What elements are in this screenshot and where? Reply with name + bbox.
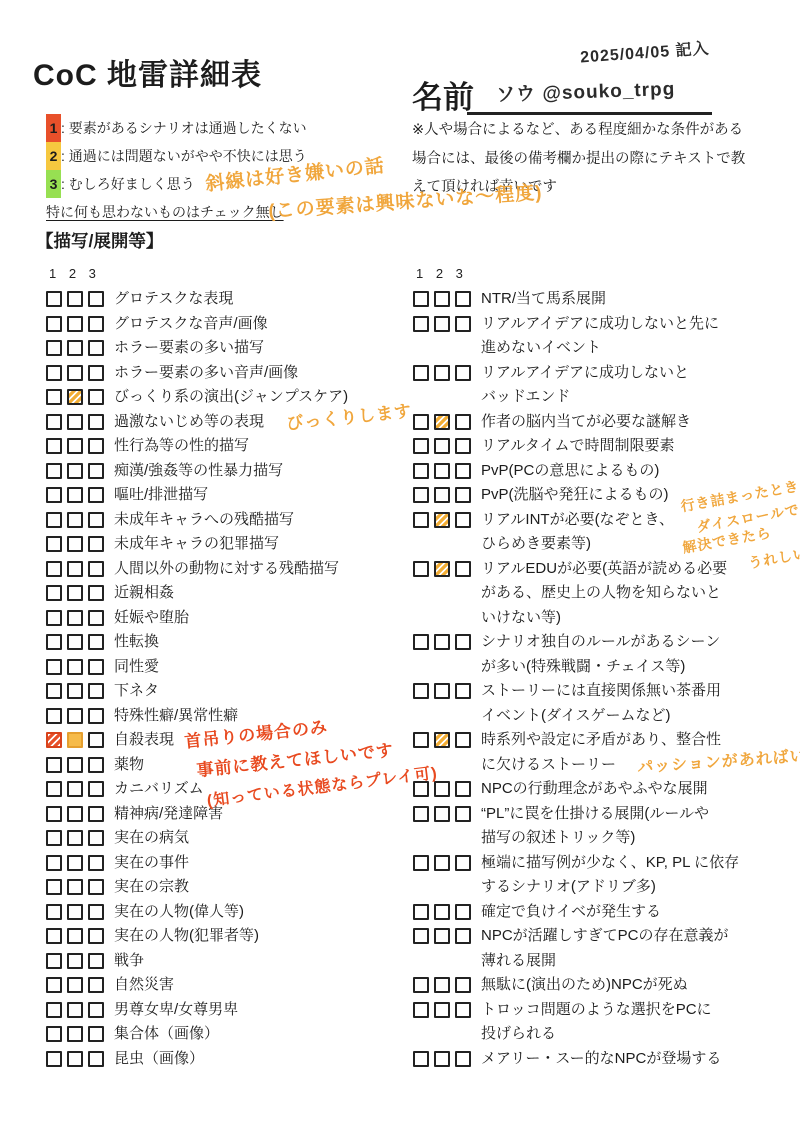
checklist-label: 妊娠や堕胎 (114, 606, 189, 631)
checkbox-1[interactable] (46, 561, 62, 577)
checkbox-1[interactable] (46, 953, 62, 969)
checkbox-3[interactable] (88, 953, 104, 969)
checkbox-group (46, 806, 104, 822)
checklist-row: 近親相姦 (46, 581, 421, 606)
checklist-row: 人間以外の動物に対する残酷描写 (46, 557, 421, 582)
checkbox-2[interactable] (67, 1002, 83, 1018)
checklist-label: 無駄に(演出のため)NPCが死ぬ (481, 973, 688, 998)
checkbox-group (413, 291, 471, 307)
checkbox-3[interactable] (455, 855, 471, 871)
checkbox-3[interactable] (88, 340, 104, 356)
checkbox-group (46, 659, 104, 675)
checkbox-3[interactable] (88, 806, 104, 822)
checkbox-2-checked[interactable] (434, 512, 450, 528)
checkbox-group (46, 414, 104, 430)
checkbox-2[interactable] (67, 683, 83, 699)
checklist-row: ストーリーには直接関係無い茶番用 イベント(ダイスゲームなど) (413, 679, 788, 728)
legend-item-1: 1: 要素があるシナリオは通過したくない (46, 114, 307, 142)
checklist-row: グロテスクな表現 (46, 287, 421, 312)
checkbox-group (46, 634, 104, 650)
checkbox-3[interactable] (88, 830, 104, 846)
checkbox-2[interactable] (67, 928, 83, 944)
checklist-label: リアルアイデアに成功しないと先に 進めないイベント (481, 312, 719, 361)
legend-badge-2: 2 (46, 142, 61, 170)
checklist-row: 未成年キャラへの残酷描写 (46, 508, 421, 533)
checkbox-2[interactable] (434, 806, 450, 822)
checkbox-2[interactable] (67, 806, 83, 822)
checkbox-group (46, 291, 104, 307)
checkbox-group (46, 708, 104, 724)
checkbox-1[interactable] (46, 610, 62, 626)
checkbox-group (46, 389, 104, 405)
checkbox-3[interactable] (455, 365, 471, 381)
checkbox-1-checked[interactable] (46, 732, 62, 748)
checklist-label: リアルEDUが必要(英語が読める必要 がある、歴史上の人物を知らないと いけない… (481, 557, 727, 631)
checklist-label: 痴漢/強姦等の性暴力描写 (114, 459, 283, 484)
checkbox-3[interactable] (88, 855, 104, 871)
checklist-row: 実在の宗教 (46, 875, 421, 900)
checkbox-group (46, 512, 104, 528)
checklist-label: 自然災害 (114, 973, 174, 998)
checklist-row: 実在の事件 (46, 851, 421, 876)
checkbox-2[interactable] (67, 757, 83, 773)
checkbox-1[interactable] (46, 585, 62, 601)
checkbox-1[interactable] (46, 340, 62, 356)
checkbox-2[interactable] (434, 1002, 450, 1018)
checkbox-3[interactable] (88, 904, 104, 920)
checkbox-1[interactable] (413, 634, 429, 650)
checkbox-1[interactable] (46, 683, 62, 699)
checkbox-3[interactable] (88, 536, 104, 552)
checkbox-3[interactable] (88, 879, 104, 895)
checkbox-1[interactable] (413, 291, 429, 307)
checkbox-2[interactable] (67, 1051, 83, 1067)
name-label: 名前 (412, 72, 474, 117)
checkbox-group (413, 634, 471, 650)
checklist-row: PvP(PCの意思によるもの) (413, 459, 788, 484)
checkbox-1[interactable] (413, 806, 429, 822)
checkbox-2[interactable] (67, 855, 83, 871)
checkbox-1[interactable] (413, 1051, 429, 1067)
checkbox-2[interactable] (67, 561, 83, 577)
checkbox-2[interactable] (67, 414, 83, 430)
checkbox-3[interactable] (455, 977, 471, 993)
checklist-row: リアルアイデアに成功しないと先に 進めないイベント (413, 312, 788, 361)
checkbox-group (46, 463, 104, 479)
checklist-row: トロッコ問題のような選択をPCに 投げられる (413, 998, 788, 1047)
checklist-label: 戦争 (114, 949, 144, 974)
checklist-row: 実在の人物(偉人等) (46, 900, 421, 925)
checkbox-3[interactable] (88, 610, 104, 626)
checkbox-1[interactable] (413, 683, 429, 699)
checkbox-group (413, 487, 471, 503)
handwritten-date: 2025/04/05 記入 (579, 36, 710, 68)
checkbox-2[interactable] (434, 781, 450, 797)
checkbox-1[interactable] (46, 365, 62, 381)
checkbox-group (413, 512, 471, 528)
checkbox-1[interactable] (413, 1002, 429, 1018)
checkbox-2[interactable] (434, 683, 450, 699)
checkbox-group (46, 561, 104, 577)
checklist-row: 実在の人物(犯罪者等) (46, 924, 421, 949)
checkbox-1[interactable] (413, 414, 429, 430)
checkbox-2[interactable] (67, 438, 83, 454)
checklist-row: シナリオ独自のルールがあるシーン が多い(特殊戦闘・チェイス等) (413, 630, 788, 679)
checkbox-1[interactable] (413, 928, 429, 944)
checklist-label: 同性愛 (114, 655, 159, 680)
checklist-label: 未成年キャラへの残酷描写 (114, 508, 294, 533)
checkbox-2[interactable] (434, 904, 450, 920)
checkbox-3[interactable] (88, 1026, 104, 1042)
checkbox-2-checked[interactable] (67, 732, 83, 748)
checkbox-group (413, 904, 471, 920)
checklist-label: PvP(PCの意思によるもの) (481, 459, 659, 484)
checklist-row: 性行為等の性的描写 (46, 434, 421, 459)
checkbox-group (413, 414, 471, 430)
checkbox-3[interactable] (455, 928, 471, 944)
checklist-label: メアリー・スー的なNPCが登場する (481, 1047, 721, 1072)
checkbox-2[interactable] (67, 708, 83, 724)
checkbox-1[interactable] (46, 463, 62, 479)
checklist-row: 無駄に(演出のため)NPCが死ぬ (413, 973, 788, 998)
checkbox-1[interactable] (46, 1002, 62, 1018)
checklist-row: 性転換 (46, 630, 421, 655)
checkbox-group (413, 977, 471, 993)
checkbox-3[interactable] (88, 757, 104, 773)
checklist-row: グロテスクな音声/画像 (46, 312, 421, 337)
checkbox-2[interactable] (434, 928, 450, 944)
checkbox-1[interactable] (46, 855, 62, 871)
checkbox-3[interactable] (88, 659, 104, 675)
checklist-row: 自然災害 (46, 973, 421, 998)
checklist-label: 下ネタ (114, 679, 159, 704)
checkbox-group (46, 340, 104, 356)
checkbox-1[interactable] (46, 634, 62, 650)
checkbox-1[interactable] (46, 536, 62, 552)
checkbox-3[interactable] (88, 463, 104, 479)
checkbox-1[interactable] (413, 487, 429, 503)
checklist-label: 実在の事件 (114, 851, 189, 876)
checkbox-2-checked[interactable] (434, 732, 450, 748)
checklist-row: NPCが活躍しすぎてPCの存在意義が 薄れる展開 (413, 924, 788, 973)
checkbox-3[interactable] (88, 585, 104, 601)
checkbox-group (46, 536, 104, 552)
checklist-label: 確定で負けイベが発生する (481, 900, 661, 925)
checkbox-3[interactable] (455, 463, 471, 479)
checkbox-1[interactable] (46, 659, 62, 675)
checkbox-2[interactable] (434, 365, 450, 381)
checkbox-1[interactable] (413, 512, 429, 528)
checklist-column-left: 1 2 3 グロテスクな表現グロテスクな音声/画像ホラー要素の多い描写ホラー要素… (46, 264, 421, 1071)
checkbox-1[interactable] (46, 928, 62, 944)
checkbox-2[interactable] (67, 512, 83, 528)
checklist-row: NPCの行動理念があやふやな展開 (413, 777, 788, 802)
checkbox-3[interactable] (455, 1051, 471, 1067)
checkbox-2[interactable] (67, 781, 83, 797)
checklist-label: 作者の脳内当てが必要な謎解き (481, 410, 691, 435)
checkbox-1[interactable] (46, 806, 62, 822)
checkbox-group (413, 806, 471, 822)
checkbox-3[interactable] (455, 1002, 471, 1018)
checkbox-3[interactable] (455, 291, 471, 307)
section-title: 【描写/展開等】 (36, 228, 163, 253)
checkbox-2[interactable] (67, 953, 83, 969)
checkbox-2[interactable] (67, 340, 83, 356)
checkbox-group (413, 316, 471, 332)
checklist-label: NTR/当て馬系展開 (481, 287, 606, 312)
checklist-label: リアルタイムで時間制限要素 (481, 434, 675, 459)
checkbox-1[interactable] (46, 879, 62, 895)
checkbox-1[interactable] (46, 316, 62, 332)
checklist-label: 自殺表現 (114, 728, 174, 753)
checklist-row: メアリー・スー的なNPCが登場する (413, 1047, 788, 1072)
checkbox-3[interactable] (455, 806, 471, 822)
checklist-label: トロッコ問題のような選択をPCに 投げられる (481, 998, 712, 1047)
checkbox-group (46, 757, 104, 773)
checklist-label: グロテスクな音声/画像 (114, 312, 268, 337)
checkbox-1[interactable] (46, 1051, 62, 1067)
checkbox-1[interactable] (413, 977, 429, 993)
checkbox-2[interactable] (67, 659, 83, 675)
checklist-label: 未成年キャラの犯罪描写 (114, 532, 279, 557)
legend-badge-1: 1 (46, 114, 61, 142)
checklist-row: 昆虫（画像） (46, 1047, 421, 1072)
checkbox-3[interactable] (455, 414, 471, 430)
checkbox-2[interactable] (67, 291, 83, 307)
checklist-label: 嘔吐/排泄描写 (114, 483, 208, 508)
checkbox-2[interactable] (434, 463, 450, 479)
checkbox-1[interactable] (46, 904, 62, 920)
checkbox-3[interactable] (455, 487, 471, 503)
column-header-123: 1 2 3 (413, 264, 788, 284)
checkbox-3[interactable] (88, 389, 104, 405)
checkbox-1[interactable] (46, 977, 62, 993)
checkbox-2-checked[interactable] (67, 389, 83, 405)
checkbox-3[interactable] (455, 316, 471, 332)
checkbox-3[interactable] (88, 316, 104, 332)
checkbox-3[interactable] (88, 414, 104, 430)
checkbox-group (46, 855, 104, 871)
checkbox-2[interactable] (67, 487, 83, 503)
checkbox-3[interactable] (88, 708, 104, 724)
checklist-label: “PL”に罠を仕掛ける展開(ルールや 描写の叙述トリック等) (481, 802, 709, 851)
checkbox-2[interactable] (434, 977, 450, 993)
checkbox-3[interactable] (88, 781, 104, 797)
checkbox-group (46, 732, 104, 748)
checkbox-group (413, 928, 471, 944)
checkbox-3[interactable] (88, 512, 104, 528)
checkbox-3[interactable] (88, 928, 104, 944)
checklist-label: 過激ないじめ等の表現 (114, 410, 264, 435)
checkbox-3[interactable] (88, 977, 104, 993)
checklist-label: ストーリーには直接関係無い茶番用 イベント(ダイスゲームなど) (481, 679, 721, 728)
checkbox-1[interactable] (46, 291, 62, 307)
checkbox-group (46, 610, 104, 626)
checklist-row: 確定で負けイベが発生する (413, 900, 788, 925)
checkbox-1[interactable] (413, 855, 429, 871)
checklist-label: 性転換 (114, 630, 159, 655)
checklist-row: 下ネタ (46, 679, 421, 704)
checkbox-group (413, 365, 471, 381)
checklist-label: グロテスクな表現 (114, 287, 233, 312)
checklist-label: NPCが活躍しすぎてPCの存在意義が 薄れる展開 (481, 924, 729, 973)
checkbox-1[interactable] (46, 389, 62, 405)
checkbox-1[interactable] (46, 512, 62, 528)
checklist-row: 実在の病気 (46, 826, 421, 851)
checkbox-2[interactable] (67, 365, 83, 381)
checklist-row: 嘔吐/排泄描写 (46, 483, 421, 508)
checkbox-2[interactable] (67, 830, 83, 846)
checkbox-2[interactable] (434, 438, 450, 454)
checklist-row: 男尊女卑/女尊男卑 (46, 998, 421, 1023)
checklist-row: “PL”に罠を仕掛ける展開(ルールや 描写の叙述トリック等) (413, 802, 788, 851)
checklist-label: 男尊女卑/女尊男卑 (114, 998, 238, 1023)
checkbox-3[interactable] (455, 561, 471, 577)
checklist-label: リアルINTが必要(なぞとき、 ひらめき要素等) (481, 508, 674, 557)
checkbox-2[interactable] (434, 634, 450, 650)
checkbox-2[interactable] (434, 291, 450, 307)
checkbox-2[interactable] (67, 585, 83, 601)
checkbox-group (46, 487, 104, 503)
checklist-label: リアルアイデアに成功しないと バッドエンド (481, 361, 689, 410)
checkbox-1[interactable] (46, 708, 62, 724)
checklist-label: PvP(洗脳や発狂によるもの) (481, 483, 669, 508)
checklist-label: ホラー要素の多い描写 (114, 336, 264, 361)
checkbox-3[interactable] (455, 781, 471, 797)
checkbox-2[interactable] (67, 536, 83, 552)
checkbox-2[interactable] (67, 463, 83, 479)
checklist-row: 戦争 (46, 949, 421, 974)
checkbox-3[interactable] (455, 732, 471, 748)
checkbox-3[interactable] (455, 683, 471, 699)
checkbox-group (46, 781, 104, 797)
checkbox-1[interactable] (413, 561, 429, 577)
checkbox-3[interactable] (88, 487, 104, 503)
checkbox-2-checked[interactable] (434, 561, 450, 577)
checklist-row: 妊娠や堕胎 (46, 606, 421, 631)
checklist-label: 実在の宗教 (114, 875, 189, 900)
checkbox-1[interactable] (46, 438, 62, 454)
checkbox-group (413, 463, 471, 479)
checkbox-3[interactable] (455, 512, 471, 528)
checkbox-group (46, 316, 104, 332)
checklist-column-right: 1 2 3 NTR/当て馬系展開リアルアイデアに成功しないと先に 進めないイベン… (413, 264, 788, 1071)
checkbox-1[interactable] (413, 732, 429, 748)
checklist-label: 実在の人物(偉人等) (114, 900, 244, 925)
checkbox-group (413, 1002, 471, 1018)
checkbox-3[interactable] (455, 438, 471, 454)
checklist-row: 集合体（画像） (46, 1022, 421, 1047)
checkbox-group (413, 732, 471, 748)
checklist-label: カニバリズム (114, 777, 204, 802)
checkbox-3[interactable] (455, 634, 471, 650)
checkbox-1[interactable] (46, 414, 62, 430)
checklist-label: 極端に描写例が少なく、KP, PL に依存 するシナリオ(アドリブ多) (481, 851, 739, 900)
checklist-row: 痴漢/強姦等の性暴力描写 (46, 459, 421, 484)
checklist-label: 近親相姦 (114, 581, 174, 606)
checklist-row: リアルアイデアに成功しないと バッドエンド (413, 361, 788, 410)
checkbox-3[interactable] (88, 634, 104, 650)
checklist-row: リアルEDUが必要(英語が読める必要 がある、歴史上の人物を知らないと いけない… (413, 557, 788, 631)
checkbox-group (46, 928, 104, 944)
checklist-row: NTR/当て馬系展開 (413, 287, 788, 312)
checkbox-2[interactable] (67, 316, 83, 332)
checkbox-1[interactable] (413, 316, 429, 332)
legend-text-1: : 要素があるシナリオは通過したくない (61, 120, 307, 136)
column-header-123: 1 2 3 (46, 264, 421, 284)
checkbox-group (46, 1026, 104, 1042)
checkbox-1[interactable] (46, 1026, 62, 1042)
checkbox-group (46, 953, 104, 969)
checkbox-group (46, 879, 104, 895)
checkbox-2[interactable] (67, 879, 83, 895)
legend-nocheck-note: 特に何も思わないものはチェック無し (46, 204, 284, 220)
checkbox-1[interactable] (46, 487, 62, 503)
checkbox-3[interactable] (88, 365, 104, 381)
checkbox-2[interactable] (434, 1051, 450, 1067)
checklist-row: 作者の脳内当てが必要な謎解き (413, 410, 788, 435)
checkbox-group (46, 830, 104, 846)
checkbox-group (46, 365, 104, 381)
legend-text-3: : むしろ好ましく思う (61, 176, 195, 192)
checkbox-2[interactable] (434, 855, 450, 871)
checkbox-group (46, 1051, 104, 1067)
checkbox-2[interactable] (67, 977, 83, 993)
checkbox-3[interactable] (88, 1051, 104, 1067)
checkbox-1[interactable] (413, 904, 429, 920)
checkbox-group (46, 438, 104, 454)
checklist-row: ホラー要素の多い音声/画像 (46, 361, 421, 386)
checkbox-group (46, 977, 104, 993)
checkbox-group (46, 904, 104, 920)
checkbox-2[interactable] (67, 1026, 83, 1042)
checkbox-group (413, 855, 471, 871)
checkbox-3[interactable] (455, 904, 471, 920)
checkbox-3[interactable] (88, 732, 104, 748)
checklist-label: 性行為等の性的描写 (114, 434, 249, 459)
checkbox-group (46, 1002, 104, 1018)
page-title: CoC 地雷詳細表 (33, 50, 262, 94)
checklist-label: 昆虫（画像） (114, 1047, 204, 1072)
checkbox-1[interactable] (46, 781, 62, 797)
checklist-row: 極端に描写例が少なく、KP, PL に依存 するシナリオ(アドリブ多) (413, 851, 788, 900)
checkbox-group (413, 438, 471, 454)
checkbox-1[interactable] (413, 365, 429, 381)
checklist-label: 実在の人物(犯罪者等) (114, 924, 259, 949)
checklist-row: 同性愛 (46, 655, 421, 680)
checkbox-3[interactable] (88, 1002, 104, 1018)
checklist-label: 実在の病気 (114, 826, 189, 851)
checkbox-3[interactable] (88, 683, 104, 699)
checkbox-2-checked[interactable] (434, 414, 450, 430)
checklist-label: 薬物 (114, 753, 144, 778)
checklist-label: 人間以外の動物に対する残酷描写 (114, 557, 339, 582)
checkbox-3[interactable] (88, 561, 104, 577)
checkbox-2[interactable] (67, 904, 83, 920)
checklist-label: NPCの行動理念があやふやな展開 (481, 777, 708, 802)
checkbox-2[interactable] (434, 316, 450, 332)
checkbox-1[interactable] (46, 830, 62, 846)
checkbox-2[interactable] (67, 634, 83, 650)
checkbox-1[interactable] (413, 463, 429, 479)
checkbox-2[interactable] (67, 610, 83, 626)
checkbox-3[interactable] (88, 291, 104, 307)
checkbox-1[interactable] (46, 757, 62, 773)
checkbox-group (46, 585, 104, 601)
checkbox-1[interactable] (413, 438, 429, 454)
checkbox-3[interactable] (88, 438, 104, 454)
checkbox-2[interactable] (434, 487, 450, 503)
